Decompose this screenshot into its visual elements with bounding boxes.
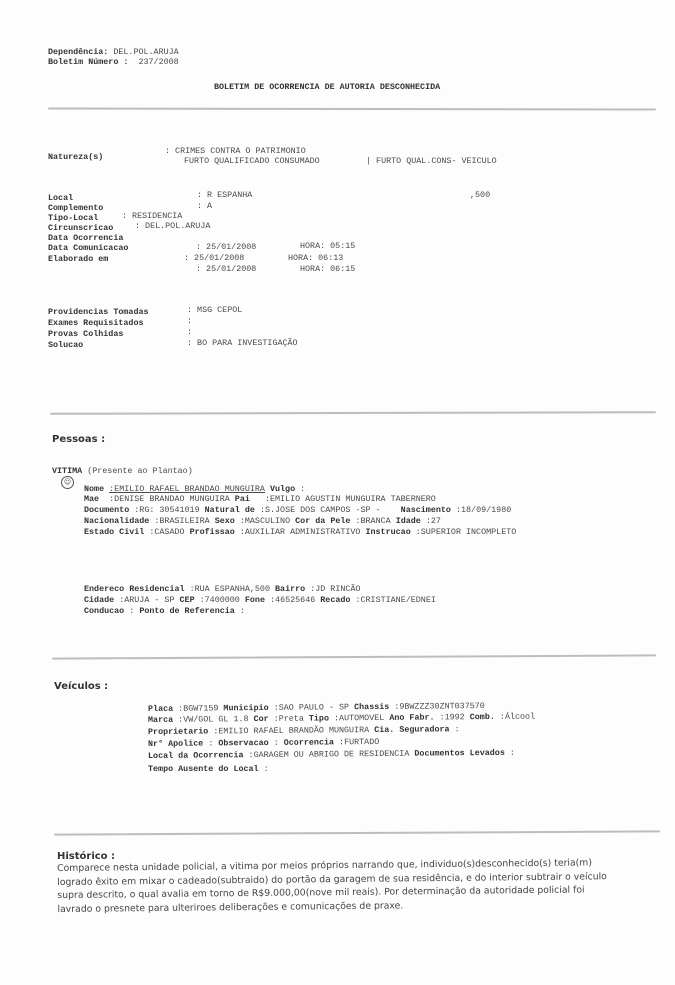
dependencia-label: Dependência: <box>48 47 108 57</box>
observacao-value: : <box>274 738 279 748</box>
nacionalidade-value: :BRASILEIRA <box>154 516 209 526</box>
ano-value: :1992 <box>440 712 465 722</box>
instrucao-label: Instrucao <box>365 527 410 537</box>
complemento-label: Complemento <box>48 203 103 214</box>
data-ocorrencia-label: Data Ocorrencia <box>48 233 123 244</box>
proprietario-value: :EMILIO RAFAEL BRANDÃO MUNGUIRA <box>213 725 369 736</box>
data-comunicacao-value: : 25/01/2008 <box>184 253 244 264</box>
endereco-label: Endereco Residencial <box>84 584 185 594</box>
seguradora-label: Cia. Seguradora <box>374 724 449 735</box>
placa-value: :BGW7159 <box>178 703 218 713</box>
nome-line: Nome :EMILIO RAFAEL BRANDAO MUNGUIRA Vul… <box>84 484 305 495</box>
local-ocorrencia-label: Local da Ocorrencia <box>148 750 244 761</box>
complemento-value: : A <box>197 201 212 212</box>
municipio-value: :SAO PAULO - SP <box>274 702 349 713</box>
dependencia-line: Dependência: DEL.POL.ARUJA <box>48 47 179 58</box>
proprietario-label: Proprietario <box>148 726 208 737</box>
recado-value: :CRISTIANE/EDNEI <box>355 595 435 605</box>
cep-value: :7400000 <box>200 595 240 605</box>
exames-label: Exames Requisitados <box>48 318 144 329</box>
veiculos-heading: Veículos : <box>54 681 108 692</box>
estado-civil-label: Estado Civil <box>84 527 144 537</box>
profissao-value: :AUXILIAR ADMINISTRATIVO <box>240 527 361 537</box>
exames-value: : <box>187 316 192 327</box>
providencias-label: Providencias Tomadas <box>48 307 149 318</box>
data-comunicacao-hora: HORA: 06:13 <box>288 253 343 264</box>
vulgo-value: : <box>300 484 305 494</box>
conducao-value: : <box>129 606 134 616</box>
data-ocorrencia-hora: HORA: 05:15 <box>300 241 355 252</box>
cidade-value: :ARUJA - SP <box>119 595 174 605</box>
solucao-value: : BO PARA INVESTIGAÇÃO <box>187 338 298 349</box>
report-title: BOLETIM DE OCORRENCIA DE AUTORIA DESCONH… <box>214 82 440 93</box>
cidade-line: Cidade :ARUJA - SP CEP :7400000 Fone :46… <box>84 595 436 606</box>
documento-label: Documento <box>84 505 129 515</box>
cor-value: :Preta <box>274 714 304 724</box>
circunscricao-label: Circunscricao <box>48 223 113 234</box>
cor-label: Cor <box>254 714 269 724</box>
providencias-value: : MSG CEPOL <box>187 305 242 316</box>
fone-value: :46525646 <box>270 595 315 605</box>
documentos-label: Documentos Levados <box>414 748 505 759</box>
vitima-line: VITIMA (Presente ao Plantao) <box>52 466 193 477</box>
divider <box>50 411 656 415</box>
nacionalidade-line: Nacionalidade :BRASILEIRA Sexo :MASCULIN… <box>84 516 441 527</box>
cidade-label: Cidade <box>84 595 114 605</box>
local-value: : R ESPANHA <box>197 190 252 201</box>
idade-label: Idade <box>396 516 421 526</box>
tempo-line: Tempo Ausente do Local : <box>148 764 269 775</box>
nome-value: :EMILIO RAFAEL BRANDAO MUNGUIRA <box>109 484 265 494</box>
recado-label: Recado <box>320 595 350 605</box>
local-number: ,500 <box>470 190 490 201</box>
observacao-label: Observacao <box>218 738 268 748</box>
referencia-label: Ponto de Referencia <box>139 606 235 616</box>
dependencia-value: DEL.POL.ARUJA <box>113 47 178 57</box>
natural-label: Natural de <box>205 505 255 515</box>
apolice-value: : <box>208 738 213 748</box>
boletim-value: 237/2008 <box>138 57 178 67</box>
fone-label: Fone <box>245 595 265 605</box>
ocorrencia-label: Ocorrencia <box>284 737 334 747</box>
elaborado-label: Elaborado em <box>48 254 108 265</box>
vulgo-label: Vulgo <box>270 484 295 494</box>
pai-label: Pai <box>235 494 250 504</box>
divider <box>54 830 660 835</box>
documento-line: Documento :RG: 30541019 Natural de :S.JO… <box>84 505 511 516</box>
ocorrencia-value: :FURTADO <box>339 737 379 747</box>
nome-label: Nome <box>84 484 104 494</box>
solucao-label: Solucao <box>48 340 83 351</box>
natureza-extra: | FURTO QUAL.CONS- VEICULO <box>366 156 497 167</box>
cep-label: CEP <box>180 595 195 605</box>
natureza-label: Natureza(s) <box>48 152 103 163</box>
ano-label: Ano Fabr. <box>389 712 434 722</box>
cor-pele-label: Cor da Pele <box>295 516 350 526</box>
municipio-label: Municipio <box>223 703 268 713</box>
tipo-value: :AUTOMOVEL <box>334 713 384 723</box>
profissao-label: Profissao <box>190 527 235 537</box>
mae-line: Mae :DENISE BRANDAO MUNGUIRA Pai :EMILIO… <box>84 494 436 505</box>
boletim-line: Boletim Número : 237/2008 <box>48 57 179 68</box>
police-report-page: Dependência: DEL.POL.ARUJA Boletim Númer… <box>0 0 675 985</box>
local-ocorrencia-value: :GARAGEM OU ABRIGO DE RESIDENCIA <box>248 749 409 760</box>
natural-value: :S.JOSE DOS CAMPOS -SP - <box>260 505 381 515</box>
bairro-label: Bairro <box>275 584 305 594</box>
divider <box>52 654 656 659</box>
comb-label: Comb. <box>470 712 495 722</box>
instrucao-value: :SUPERIOR INCOMPLETO <box>416 527 517 537</box>
marca-line: Marca :VW/GOL GL 1.8 Cor :Preta Tipo :AU… <box>148 712 535 726</box>
natureza-line2: FURTO QUALIFICADO CONSUMADO <box>184 156 320 167</box>
chassis-label: Chassis <box>354 702 389 712</box>
nacionalidade-label: Nacionalidade <box>84 516 149 526</box>
provas-value: : <box>187 327 192 338</box>
sexo-value: :MASCULINO <box>240 516 290 526</box>
apolice-label: Nr° Apolice <box>148 739 203 749</box>
tempo-value: : <box>264 764 269 774</box>
provas-label: Provas Colhidas <box>48 329 123 340</box>
documentos-value: : <box>510 748 515 758</box>
sexo-label: Sexo <box>215 516 235 526</box>
vitima-status: (Presente ao Plantao) <box>87 466 193 476</box>
nascimento-label: Nascimento <box>401 505 451 515</box>
seguradora-value: : <box>455 724 460 734</box>
idade-value: :27 <box>426 516 441 526</box>
pessoas-heading: Pessoas : <box>52 434 105 445</box>
pai-value: :EMILIO AGUSTIN MUNGUIRA TABERNERO <box>265 494 436 504</box>
apolice-line: Nr° Apolice : Observacao : Ocorrencia :F… <box>148 737 379 750</box>
divider <box>48 107 656 110</box>
circunscricao-value: : DEL.POL.ARUJA <box>135 221 210 232</box>
documento-value: :RG: 30541019 <box>134 505 199 515</box>
data-comunicacao-label: Data Comunicacao <box>48 243 128 254</box>
chassis-value: :9BWZZZ30ZNT037570 <box>394 701 485 712</box>
cor-pele-value: :BRANCA <box>355 516 390 526</box>
historico-text: Comparece nesta unidade policial, a viti… <box>57 856 675 916</box>
marca-value: :VW/GOL GL 1.8 <box>178 714 248 725</box>
historico-heading: Histórico : <box>57 851 115 862</box>
endereco-line: Endereco Residencial :RUA ESPANHA,500 Ba… <box>84 584 360 595</box>
person-badge-icon: ☺ <box>61 476 74 489</box>
estado-civil-line: Estado Civil :CASADO Profissao :AUXILIAR… <box>84 527 516 538</box>
boletim-label: Boletim Número : <box>48 57 128 67</box>
conducao-line: Conducao : Ponto de Referencia : <box>84 606 245 617</box>
tipo-local-label: Tipo-Local <box>48 213 98 224</box>
nascimento-value: :18/09/1980 <box>456 505 511 515</box>
referencia-value: : <box>240 606 245 616</box>
tipo-label: Tipo <box>309 713 329 723</box>
mae-label: Mae <box>84 494 99 504</box>
bairro-value: :JD RINCÃO <box>310 584 360 594</box>
proprietario-line: Proprietario :EMILIO RAFAEL BRANDÃO MUNG… <box>148 724 460 737</box>
local-ocorrencia-line: Local da Ocorrencia :GARAGEM OU ABRIGO D… <box>148 748 515 762</box>
natureza-line1: : CRIMES CONTRA O PATRIMONIO <box>165 146 306 157</box>
tempo-label: Tempo Ausente do Local <box>148 764 259 774</box>
endereco-value: :RUA ESPANHA,500 <box>190 584 270 594</box>
local-label: Local <box>48 193 73 204</box>
marca-label: Marca <box>148 715 173 725</box>
comb-value: :Álcool <box>500 712 535 722</box>
mae-value: :DENISE BRANDAO MUNGUIRA <box>109 494 230 504</box>
conducao-label: Conducao <box>84 606 124 616</box>
placa-label: Placa <box>148 704 173 714</box>
tipo-local-value: : RESIDENCIA <box>122 211 182 222</box>
vitima-label: VITIMA <box>52 466 82 476</box>
elaborado-value: : 25/01/2008 <box>196 264 256 275</box>
estado-civil-value: :CASADO <box>149 527 184 537</box>
elaborado-hora: HORA: 06:15 <box>300 264 355 275</box>
data-ocorrencia-value: : 25/01/2008 <box>196 242 256 253</box>
